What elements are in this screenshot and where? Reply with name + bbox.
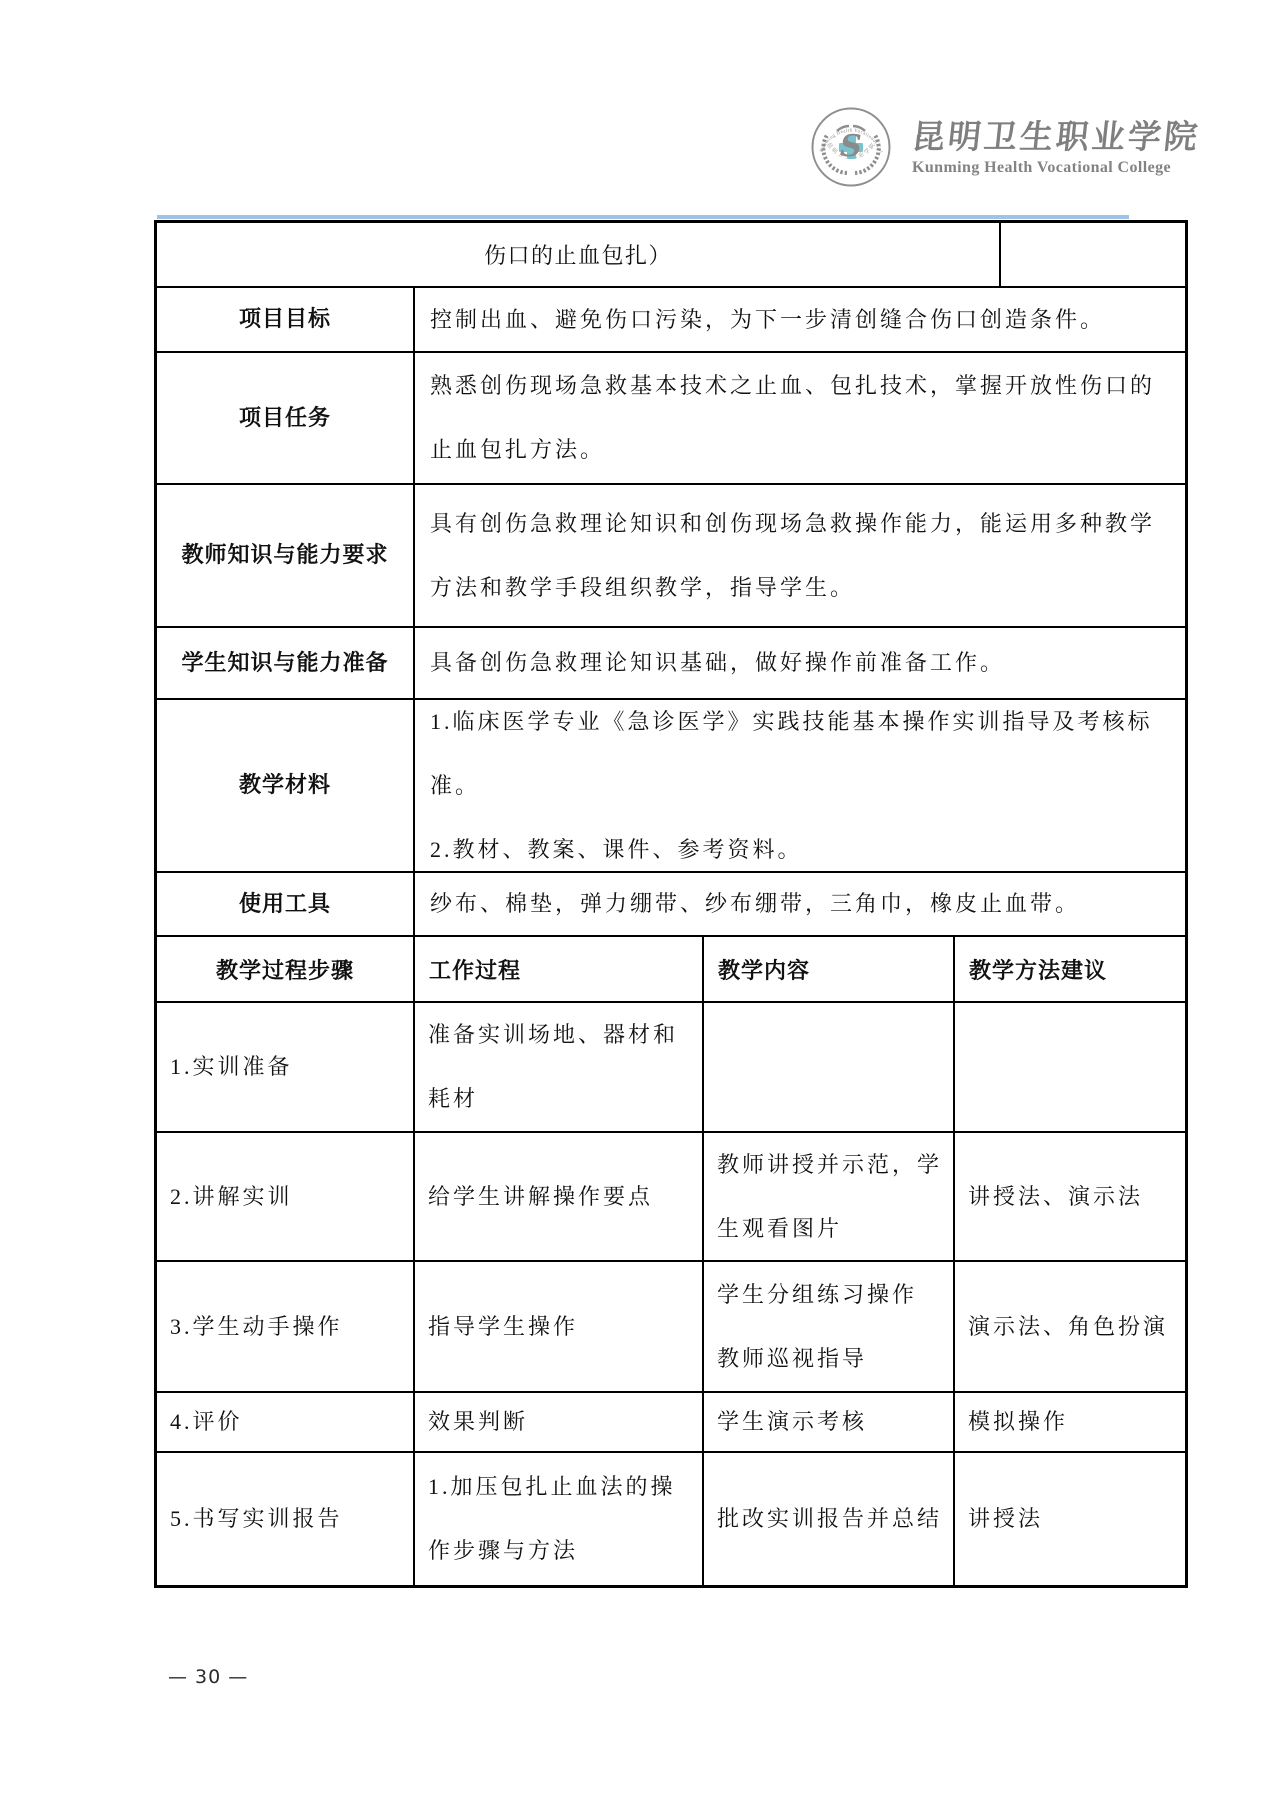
content-cell: 批改实训报告并总结 bbox=[704, 1453, 955, 1585]
info-row-teacher-requirements: 教师知识与能力要求 具有创伤急救理论知识和创伤现场急救操作能力，能运用多种教学方… bbox=[157, 485, 1185, 628]
row-label: 教学材料 bbox=[239, 771, 331, 800]
content-line: 教师讲授并示范，学生观看图片 bbox=[717, 1133, 943, 1260]
header-divider-line bbox=[157, 215, 1129, 219]
row-label: 学生知识与能力准备 bbox=[181, 649, 388, 678]
column-header: 教学过程步骤 bbox=[216, 954, 354, 985]
column-header: 教学方法建议 bbox=[969, 954, 1185, 985]
content-line: 给学生讲解操作要点 bbox=[428, 1165, 692, 1229]
info-row-project-goal: 项目目标 控制出血、避免伤口污染，为下一步清创缝合伤口创造条件。 bbox=[157, 288, 1185, 353]
process-header-cell: 教学方法建议 bbox=[955, 937, 1185, 1001]
row-content-cell: 具有创伤急救理论知识和创伤现场急救操作能力，能运用多种教学方法和教学手段组织教学… bbox=[415, 485, 1185, 626]
column-header: 工作过程 bbox=[429, 954, 702, 985]
content-line: 教师巡视指导 bbox=[717, 1327, 943, 1391]
method-cell: 讲授法 bbox=[955, 1453, 1185, 1585]
content-line: 1.临床医学专业《急诊医学》实践技能基本操作实训指导及考核标准。 bbox=[430, 700, 1161, 818]
row-content-cell: 控制出血、避免伤口污染，为下一步清创缝合伤口创造条件。 bbox=[415, 288, 1185, 351]
content-line: 控制出血、避免伤口污染，为下一步清创缝合伤口创造条件。 bbox=[430, 288, 1161, 351]
process-header-cell: 教学内容 bbox=[704, 937, 955, 1001]
row-content-cell: 1.临床医学专业《急诊医学》实践技能基本操作实训指导及考核标准。 2.教材、教案… bbox=[415, 700, 1185, 871]
process-header-cell: 教学过程步骤 bbox=[157, 937, 415, 1001]
content-line: 演示法、角色扮演 bbox=[968, 1295, 1175, 1359]
college-name-block: 昆明卫生职业学院 Kunming Health Vocational Colle… bbox=[912, 117, 1200, 177]
info-row-project-task: 项目任务 熟悉创伤现场急救基本技术之止血、包扎技术，掌握开放性伤口的止血包扎方法… bbox=[157, 353, 1185, 485]
college-name-english: Kunming Health Vocational College bbox=[912, 159, 1200, 177]
row-label-cell: 项目目标 bbox=[157, 288, 415, 351]
method-cell: 讲授法、演示法 bbox=[955, 1133, 1185, 1260]
college-brand: Kunming Health Vocational College 昆明卫生职业… bbox=[810, 106, 1200, 188]
row-content-cell: 熟悉创伤现场急救基本技术之止血、包扎技术，掌握开放性伤口的止血包扎方法。 bbox=[415, 353, 1185, 483]
content-cell: 学生演示考核 bbox=[704, 1393, 955, 1451]
content-line: 讲授法 bbox=[968, 1487, 1175, 1551]
content-line: 2.教材、教案、课件、参考资料。 bbox=[430, 818, 1161, 872]
work-cell: 给学生讲解操作要点 bbox=[415, 1133, 704, 1260]
college-name-calligraphy: 昆明卫生职业学院 bbox=[910, 117, 1202, 157]
title-side-cell bbox=[1001, 223, 1185, 286]
step-cell: 5.书写实训报告 bbox=[157, 1453, 415, 1585]
content-line: 具备创伤急救理论知识基础，做好操作前准备工作。 bbox=[430, 631, 1161, 695]
step-label: 1.实训准备 bbox=[170, 1035, 403, 1099]
table-title: 伤口的止血包扎） bbox=[484, 239, 672, 270]
row-label: 使用工具 bbox=[239, 890, 331, 919]
content-line: 学生演示考核 bbox=[717, 1393, 943, 1451]
step-cell: 3.学生动手操作 bbox=[157, 1262, 415, 1391]
row-label-cell: 学生知识与能力准备 bbox=[157, 628, 415, 698]
step-cell: 4.评价 bbox=[157, 1393, 415, 1451]
content-line: 讲授法、演示法 bbox=[968, 1165, 1175, 1229]
row-label: 教师知识与能力要求 bbox=[181, 541, 388, 570]
content-line: 具有创伤急救理论知识和创伤现场急救操作能力，能运用多种教学方法和教学手段组织教学… bbox=[430, 492, 1161, 620]
seal-monogram: S bbox=[840, 129, 862, 164]
row-label-cell: 项目任务 bbox=[157, 353, 415, 483]
title-row: 伤口的止血包扎） bbox=[157, 223, 1185, 288]
work-cell: 准备实训场地、器材和耗材 bbox=[415, 1003, 704, 1131]
process-header-cell: 工作过程 bbox=[415, 937, 704, 1001]
process-row-1: 1.实训准备 准备实训场地、器材和耗材 bbox=[157, 1003, 1185, 1133]
content-cell: 学生分组练习操作 教师巡视指导 bbox=[704, 1262, 955, 1391]
document-page: Kunming Health Vocational College 昆明卫生职业… bbox=[0, 0, 1274, 1801]
row-content-cell: 具备创伤急救理论知识基础，做好操作前准备工作。 bbox=[415, 628, 1185, 698]
info-row-student-preparation: 学生知识与能力准备 具备创伤急救理论知识基础，做好操作前准备工作。 bbox=[157, 628, 1185, 700]
content-cell: 教师讲授并示范，学生观看图片 bbox=[704, 1133, 955, 1260]
table-title-cell: 伤口的止血包扎） bbox=[157, 223, 1001, 286]
content-line: 1.加压包扎止血法的操作步骤与方法 bbox=[428, 1455, 692, 1583]
process-row-4: 4.评价 效果判断 学生演示考核 模拟操作 bbox=[157, 1393, 1185, 1453]
process-header-row: 教学过程步骤 工作过程 教学内容 教学方法建议 bbox=[157, 937, 1185, 1003]
step-label: 4.评价 bbox=[170, 1393, 403, 1451]
step-cell: 2.讲解实训 bbox=[157, 1133, 415, 1260]
content-line: 模拟操作 bbox=[968, 1393, 1175, 1451]
row-label-cell: 教师知识与能力要求 bbox=[157, 485, 415, 626]
row-label: 项目任务 bbox=[239, 404, 331, 433]
column-header: 教学内容 bbox=[718, 954, 953, 985]
college-seal-logo: Kunming Health Vocational College 昆明卫生职业… bbox=[810, 106, 892, 188]
lesson-plan-table: 伤口的止血包扎） 项目目标 控制出血、避免伤口污染，为下一步清创缝合伤口创造条件… bbox=[154, 220, 1188, 1588]
row-label-cell: 教学材料 bbox=[157, 700, 415, 871]
work-cell: 效果判断 bbox=[415, 1393, 704, 1451]
process-row-3: 3.学生动手操作 指导学生操作 学生分组练习操作 教师巡视指导 演示法、角色扮演 bbox=[157, 1262, 1185, 1393]
row-content-cell: 纱布、棉垫，弹力绷带、纱布绷带，三角巾，橡皮止血带。 bbox=[415, 873, 1185, 935]
method-cell: 演示法、角色扮演 bbox=[955, 1262, 1185, 1391]
work-cell: 指导学生操作 bbox=[415, 1262, 704, 1391]
method-cell: 模拟操作 bbox=[955, 1393, 1185, 1451]
content-line: 批改实训报告并总结 bbox=[717, 1487, 943, 1551]
info-row-tools: 使用工具 纱布、棉垫，弹力绷带、纱布绷带，三角巾，橡皮止血带。 bbox=[157, 873, 1185, 937]
work-cell: 1.加压包扎止血法的操作步骤与方法 bbox=[415, 1453, 704, 1585]
content-line: 学生分组练习操作 bbox=[717, 1263, 943, 1327]
content-line: 指导学生操作 bbox=[428, 1295, 692, 1359]
content-line: 纱布、棉垫，弹力绷带、纱布绷带，三角巾，橡皮止血带。 bbox=[430, 873, 1161, 935]
row-label: 项目目标 bbox=[239, 305, 331, 334]
content-line: 效果判断 bbox=[428, 1393, 692, 1451]
step-label: 2.讲解实训 bbox=[170, 1165, 403, 1229]
page-number: — 30 — bbox=[168, 1666, 248, 1688]
step-label: 5.书写实训报告 bbox=[170, 1487, 403, 1551]
step-label: 3.学生动手操作 bbox=[170, 1295, 403, 1359]
process-row-2: 2.讲解实训 给学生讲解操作要点 教师讲授并示范，学生观看图片 讲授法、演示法 bbox=[157, 1133, 1185, 1262]
step-cell: 1.实训准备 bbox=[157, 1003, 415, 1131]
process-row-5: 5.书写实训报告 1.加压包扎止血法的操作步骤与方法 批改实训报告并总结 讲授法 bbox=[157, 1453, 1185, 1585]
content-cell-empty bbox=[704, 1003, 955, 1131]
content-line: 准备实训场地、器材和耗材 bbox=[428, 1003, 692, 1131]
method-cell-empty bbox=[955, 1003, 1185, 1131]
info-row-teaching-materials: 教学材料 1.临床医学专业《急诊医学》实践技能基本操作实训指导及考核标准。 2.… bbox=[157, 700, 1185, 873]
content-line: 熟悉创伤现场急救基本技术之止血、包扎技术，掌握开放性伤口的止血包扎方法。 bbox=[430, 354, 1161, 482]
row-label-cell: 使用工具 bbox=[157, 873, 415, 935]
